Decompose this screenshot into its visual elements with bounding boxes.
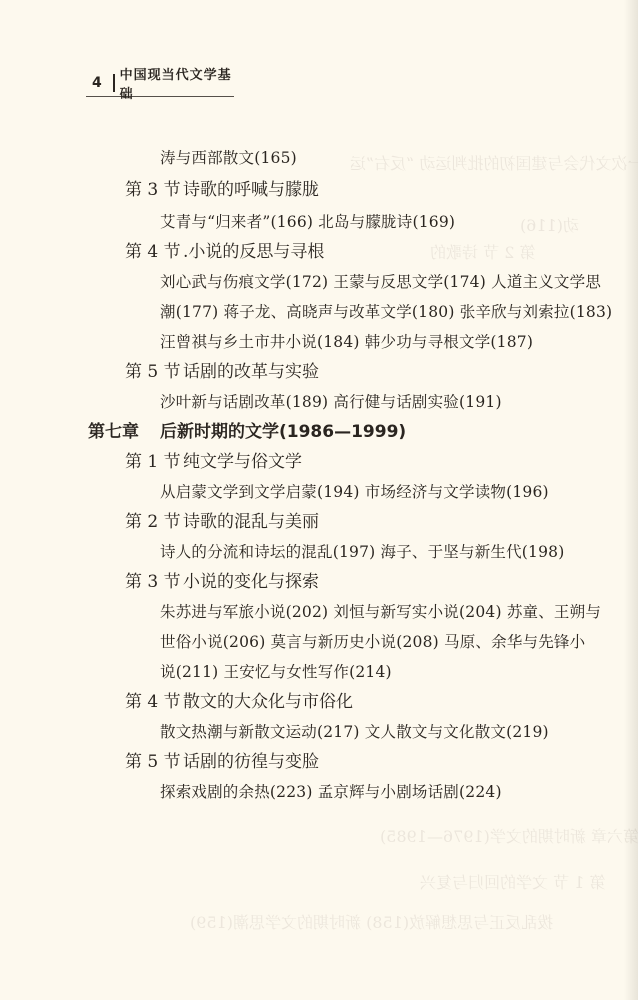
toc-section: 第 5 节话剧的彷徨与变脸 bbox=[125, 752, 319, 772]
toc-section: 第 4 节散文的大众化与市俗化 bbox=[125, 692, 353, 712]
section-number: 第 4 节 bbox=[125, 242, 183, 262]
toc-item: 世俗小说(206) 莫言与新历史小说(208) 马原、余华与先锋小 bbox=[160, 632, 585, 652]
section-number: 第 1 节 bbox=[125, 452, 183, 472]
section-number: 第 4 节 bbox=[125, 692, 183, 712]
toc-item: 潮(177) 蒋子龙、高晓声与改革文学(180) 张辛欣与刘索拉(183) bbox=[160, 302, 612, 322]
toc-section: 第 5 节话剧的改革与实验 bbox=[125, 362, 319, 382]
section-number: 第 5 节 bbox=[125, 362, 183, 382]
toc-item: 散文热潮与新散文运动(217) 文人散文与文化散文(219) bbox=[160, 722, 549, 742]
toc-item: 探索戏剧的余热(223) 孟京辉与小剧场话剧(224) bbox=[160, 782, 502, 802]
page-edge-shadow bbox=[624, 0, 638, 1000]
section-title: 纯文学与俗文学 bbox=[183, 452, 302, 472]
toc-section: 第 4 节.小说的反思与寻根 bbox=[125, 242, 324, 262]
chapter-number: 第七章 bbox=[88, 422, 160, 442]
toc-item: 诗人的分流和诗坛的混乱(197) 海子、于坚与新生代(198) bbox=[160, 542, 565, 562]
section-title: .小说的反思与寻根 bbox=[183, 242, 324, 262]
toc-section: 第 1 节纯文学与俗文学 bbox=[125, 452, 302, 472]
header-divider bbox=[113, 74, 115, 92]
toc-section: 第 3 节诗歌的呼喊与朦胧 bbox=[125, 180, 319, 200]
section-title: 散文的大众化与市俗化 bbox=[183, 692, 353, 712]
book-title: 中国现当代文学基础 bbox=[120, 64, 234, 102]
toc-section: 第 3 节小说的变化与探索 bbox=[125, 572, 319, 592]
toc-section: 第 2 节诗歌的混乱与美丽 bbox=[125, 512, 319, 532]
section-number: 第 5 节 bbox=[125, 752, 183, 772]
bleed-through-text: 第一次文代会与建国初的批判运动 “反右”运 bbox=[350, 151, 638, 174]
bleed-through-text: 动(116) bbox=[520, 213, 579, 236]
bleed-through-text: 拨乱反正与思想解放(158) 新时期的文学思潮(159) bbox=[190, 910, 553, 933]
section-title: 小说的变化与探索 bbox=[183, 572, 319, 592]
toc-item-continuation: 涛与西部散文(165) bbox=[160, 148, 297, 168]
section-number: 第 3 节 bbox=[125, 572, 183, 592]
toc-item: 朱苏进与军旅小说(202) 刘恒与新写实小说(204) 苏童、王朔与 bbox=[160, 602, 601, 622]
bleed-through-text: 第 1 节 文学的回归与复兴 bbox=[420, 870, 605, 893]
toc-item: 艾青与“归来者”(166) 北岛与朦胧诗(169) bbox=[160, 212, 455, 232]
section-title: 话剧的改革与实验 bbox=[183, 362, 319, 382]
section-title: 话剧的彷徨与变脸 bbox=[183, 752, 319, 772]
section-title: 诗歌的混乱与美丽 bbox=[183, 512, 319, 532]
toc-item: 汪曾祺与乡土市井小说(184) 韩少功与寻根文学(187) bbox=[160, 332, 533, 352]
running-header: 4 中国现当代文学基础 bbox=[86, 70, 234, 97]
section-title: 诗歌的呼喊与朦胧 bbox=[183, 180, 319, 200]
toc-chapter: 第七章后新时期的文学(1986—1999) bbox=[88, 422, 406, 442]
bleed-through-text: 第 2 节 诗歌的 bbox=[430, 240, 535, 263]
toc-item: 从启蒙文学到文学启蒙(194) 市场经济与文学读物(196) bbox=[160, 482, 549, 502]
chapter-title: 后新时期的文学(1986—1999) bbox=[160, 422, 406, 442]
toc-item: 沙叶新与话剧改革(189) 高行健与话剧实验(191) bbox=[160, 392, 502, 412]
section-number: 第 2 节 bbox=[125, 512, 183, 532]
toc-item: 说(211) 王安忆与女性写作(214) bbox=[160, 662, 392, 682]
toc-item: 刘心武与伤痕文学(172) 王蒙与反思文学(174) 人道主义文学思 bbox=[160, 272, 601, 292]
bleed-through-text: 第六章 新时期的文学(1976—1985) bbox=[380, 824, 638, 847]
section-number: 第 3 节 bbox=[125, 180, 183, 200]
page-number: 4 bbox=[86, 75, 108, 91]
